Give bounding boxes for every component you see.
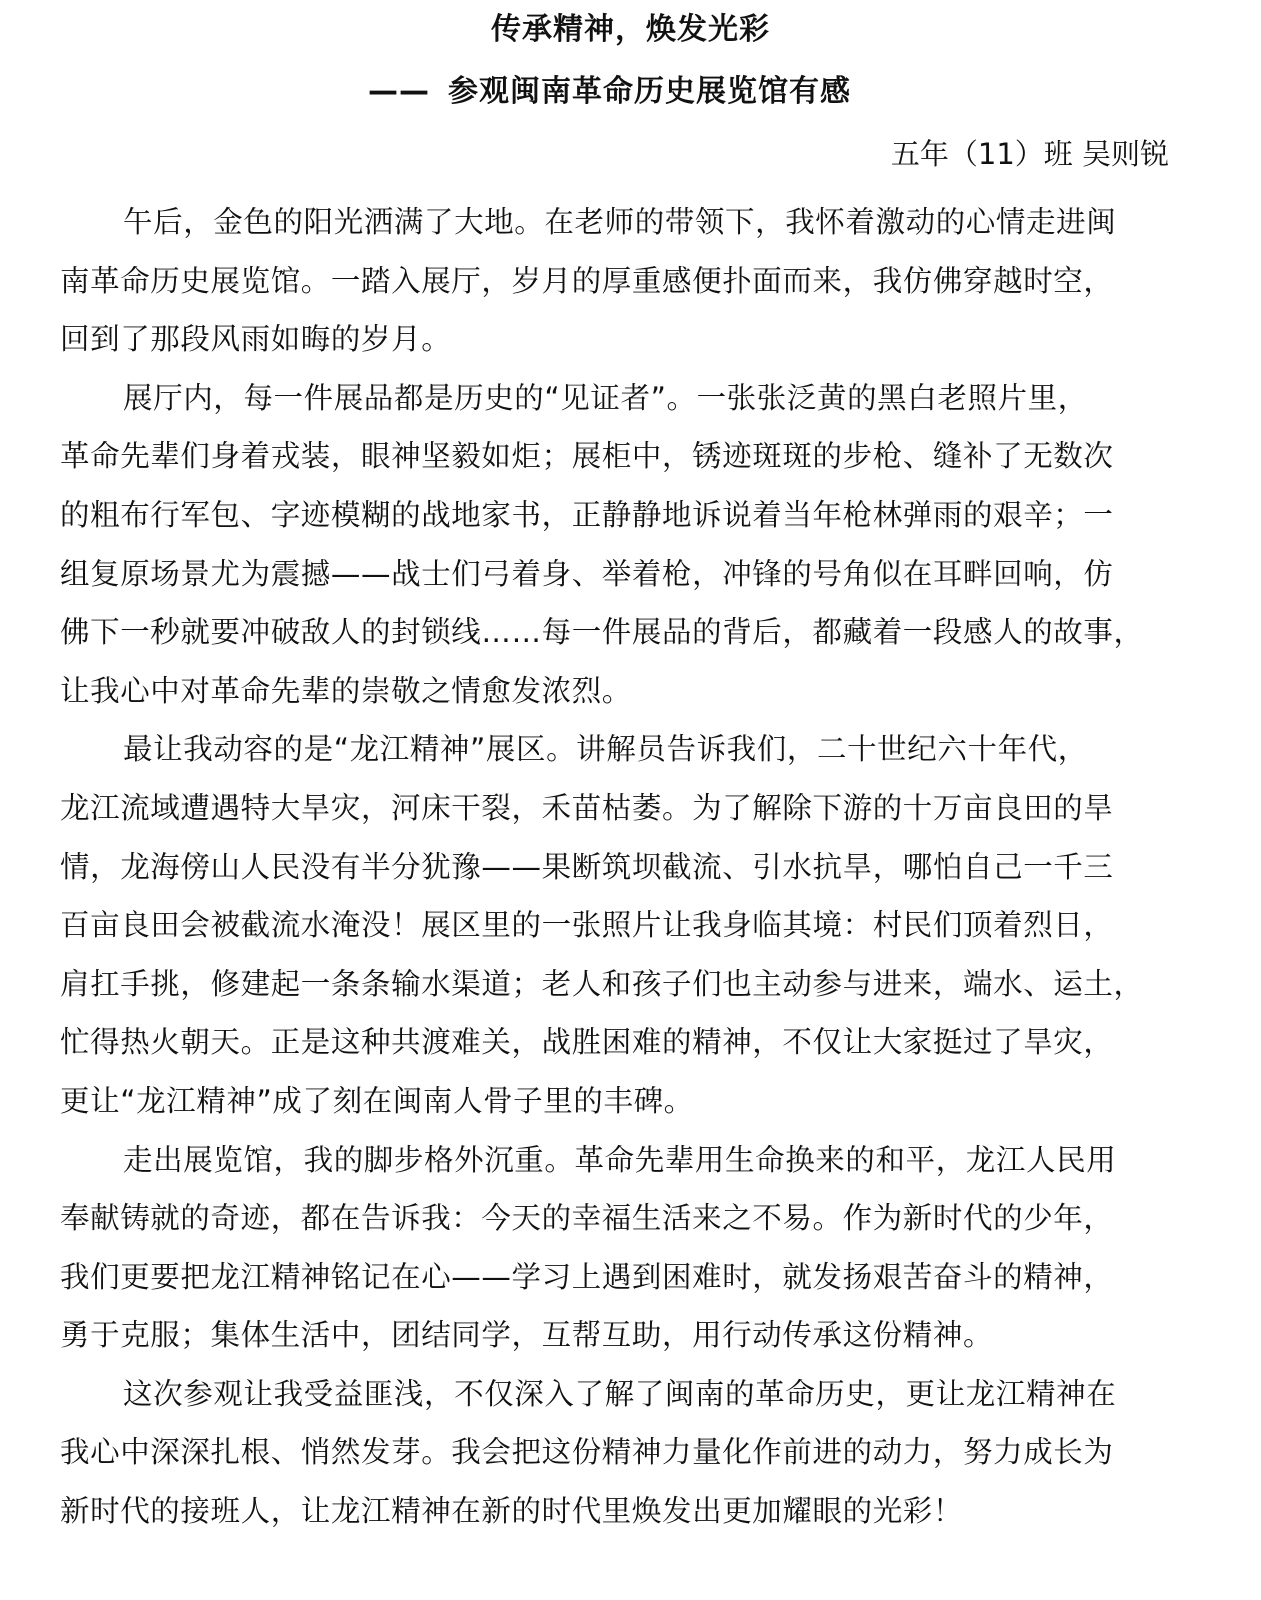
paragraph: 走出展览馆，我的脚步格外沉重。革命先辈用生命换来的和平，龙江人民用 奉献铸就的奇… — [60, 1134, 1200, 1368]
document-title: 传承精神，焕发光彩 — [0, 8, 1261, 52]
document-page: 传承精神，焕发光彩 ——参观闽南革命历史展览馆有感 五年（11）班 吴则锐 午后… — [0, 0, 1261, 1600]
paragraph: 展厅内，每一件展品都是历史的“见证者”。一张张泛黄的黑白老照片里， 革命先辈们身… — [60, 372, 1200, 724]
subtitle-text: 参观闽南革命历史展览馆有感 — [448, 74, 851, 109]
text-line: 我心中深深扎根、悄然发芽。我会把这份精神力量化作前进的动力，努力成长为 — [60, 1426, 1200, 1485]
text-line: 回到了那段风雨如晦的岁月。 — [60, 313, 1200, 372]
paragraph: 这次参观让我受益匪浅，不仅深入了解了闽南的革命历史，更让龙江精神在 我心中深深扎… — [60, 1368, 1200, 1544]
text-line: 组复原场景尤为震撼——战士们弓着身、举着枪，冲锋的号角似在耳畔回响，仿 — [60, 548, 1200, 607]
document-subtitle: ——参观闽南革命历史展览馆有感 — [368, 70, 851, 114]
text-line: 佛下一秒就要冲破敌人的封锁线……每一件展品的背后，都藏着一段感人的故事， — [60, 606, 1200, 665]
text-line: 更让“龙江精神”成了刻在闽南人骨子里的丰碑。 — [60, 1075, 1200, 1134]
text-line: 午后，金色的阳光洒满了大地。在老师的带领下，我怀着激动的心情走进闽 — [60, 196, 1200, 255]
text-line: 让我心中对革命先辈的崇敬之情愈发浓烈。 — [60, 665, 1200, 724]
text-line: 最让我动容的是“龙江精神”展区。讲解员告诉我们，二十世纪六十年代， — [60, 723, 1200, 782]
text-line: 情，龙海傍山人民没有半分犹豫——果断筑坝截流、引水抗旱，哪怕自己一千三 — [60, 841, 1200, 900]
text-line: 新时代的接班人，让龙江精神在新的时代里焕发出更加耀眼的光彩！ — [60, 1485, 1200, 1544]
text-line: 肩扛手挑，修建起一条条输水渠道；老人和孩子们也主动参与进来，端水、运土， — [60, 958, 1200, 1017]
text-line: 忙得热火朝天。正是这种共渡难关，战胜困难的精神，不仅让大家挺过了旱灾， — [60, 1016, 1200, 1075]
paragraph: 午后，金色的阳光洒满了大地。在老师的带领下，我怀着激动的心情走进闽 南革命历史展… — [60, 196, 1200, 372]
text-line: 我们更要把龙江精神铭记在心——学习上遇到困难时，就发扬艰苦奋斗的精神， — [60, 1251, 1200, 1310]
document-body: 午后，金色的阳光洒满了大地。在老师的带领下，我怀着激动的心情走进闽 南革命历史展… — [60, 196, 1200, 1544]
paragraph: 最让我动容的是“龙江精神”展区。讲解员告诉我们，二十世纪六十年代， 龙江流域遭遇… — [60, 723, 1200, 1133]
subtitle-dash: —— — [368, 74, 430, 109]
text-line: 这次参观让我受益匪浅，不仅深入了解了闽南的革命历史，更让龙江精神在 — [60, 1368, 1200, 1427]
text-line: 百亩良田会被截流水淹没！展区里的一张照片让我身临其境：村民们顶着烈日， — [60, 899, 1200, 958]
text-line: 革命先辈们身着戎装，眼神坚毅如炬；展柜中，锈迹斑斑的步枪、缝补了无数次 — [60, 430, 1200, 489]
text-line: 走出展览馆，我的脚步格外沉重。革命先辈用生命换来的和平，龙江人民用 — [60, 1134, 1200, 1193]
text-line: 的粗布行军包、字迹模糊的战地家书，正静静地诉说着当年枪林弹雨的艰辛；一 — [60, 489, 1200, 548]
author-byline: 五年（11）班 吴则锐 — [891, 132, 1169, 176]
text-line: 奉献铸就的奇迹，都在告诉我：今天的幸福生活来之不易。作为新时代的少年， — [60, 1192, 1200, 1251]
text-line: 勇于克服；集体生活中，团结同学，互帮互助，用行动传承这份精神。 — [60, 1309, 1200, 1368]
text-line: 龙江流域遭遇特大旱灾，河床干裂，禾苗枯萎。为了解除下游的十万亩良田的旱 — [60, 782, 1200, 841]
text-line: 展厅内，每一件展品都是历史的“见证者”。一张张泛黄的黑白老照片里， — [60, 372, 1200, 431]
text-line: 南革命历史展览馆。一踏入展厅，岁月的厚重感便扑面而来，我仿佛穿越时空， — [60, 255, 1200, 314]
